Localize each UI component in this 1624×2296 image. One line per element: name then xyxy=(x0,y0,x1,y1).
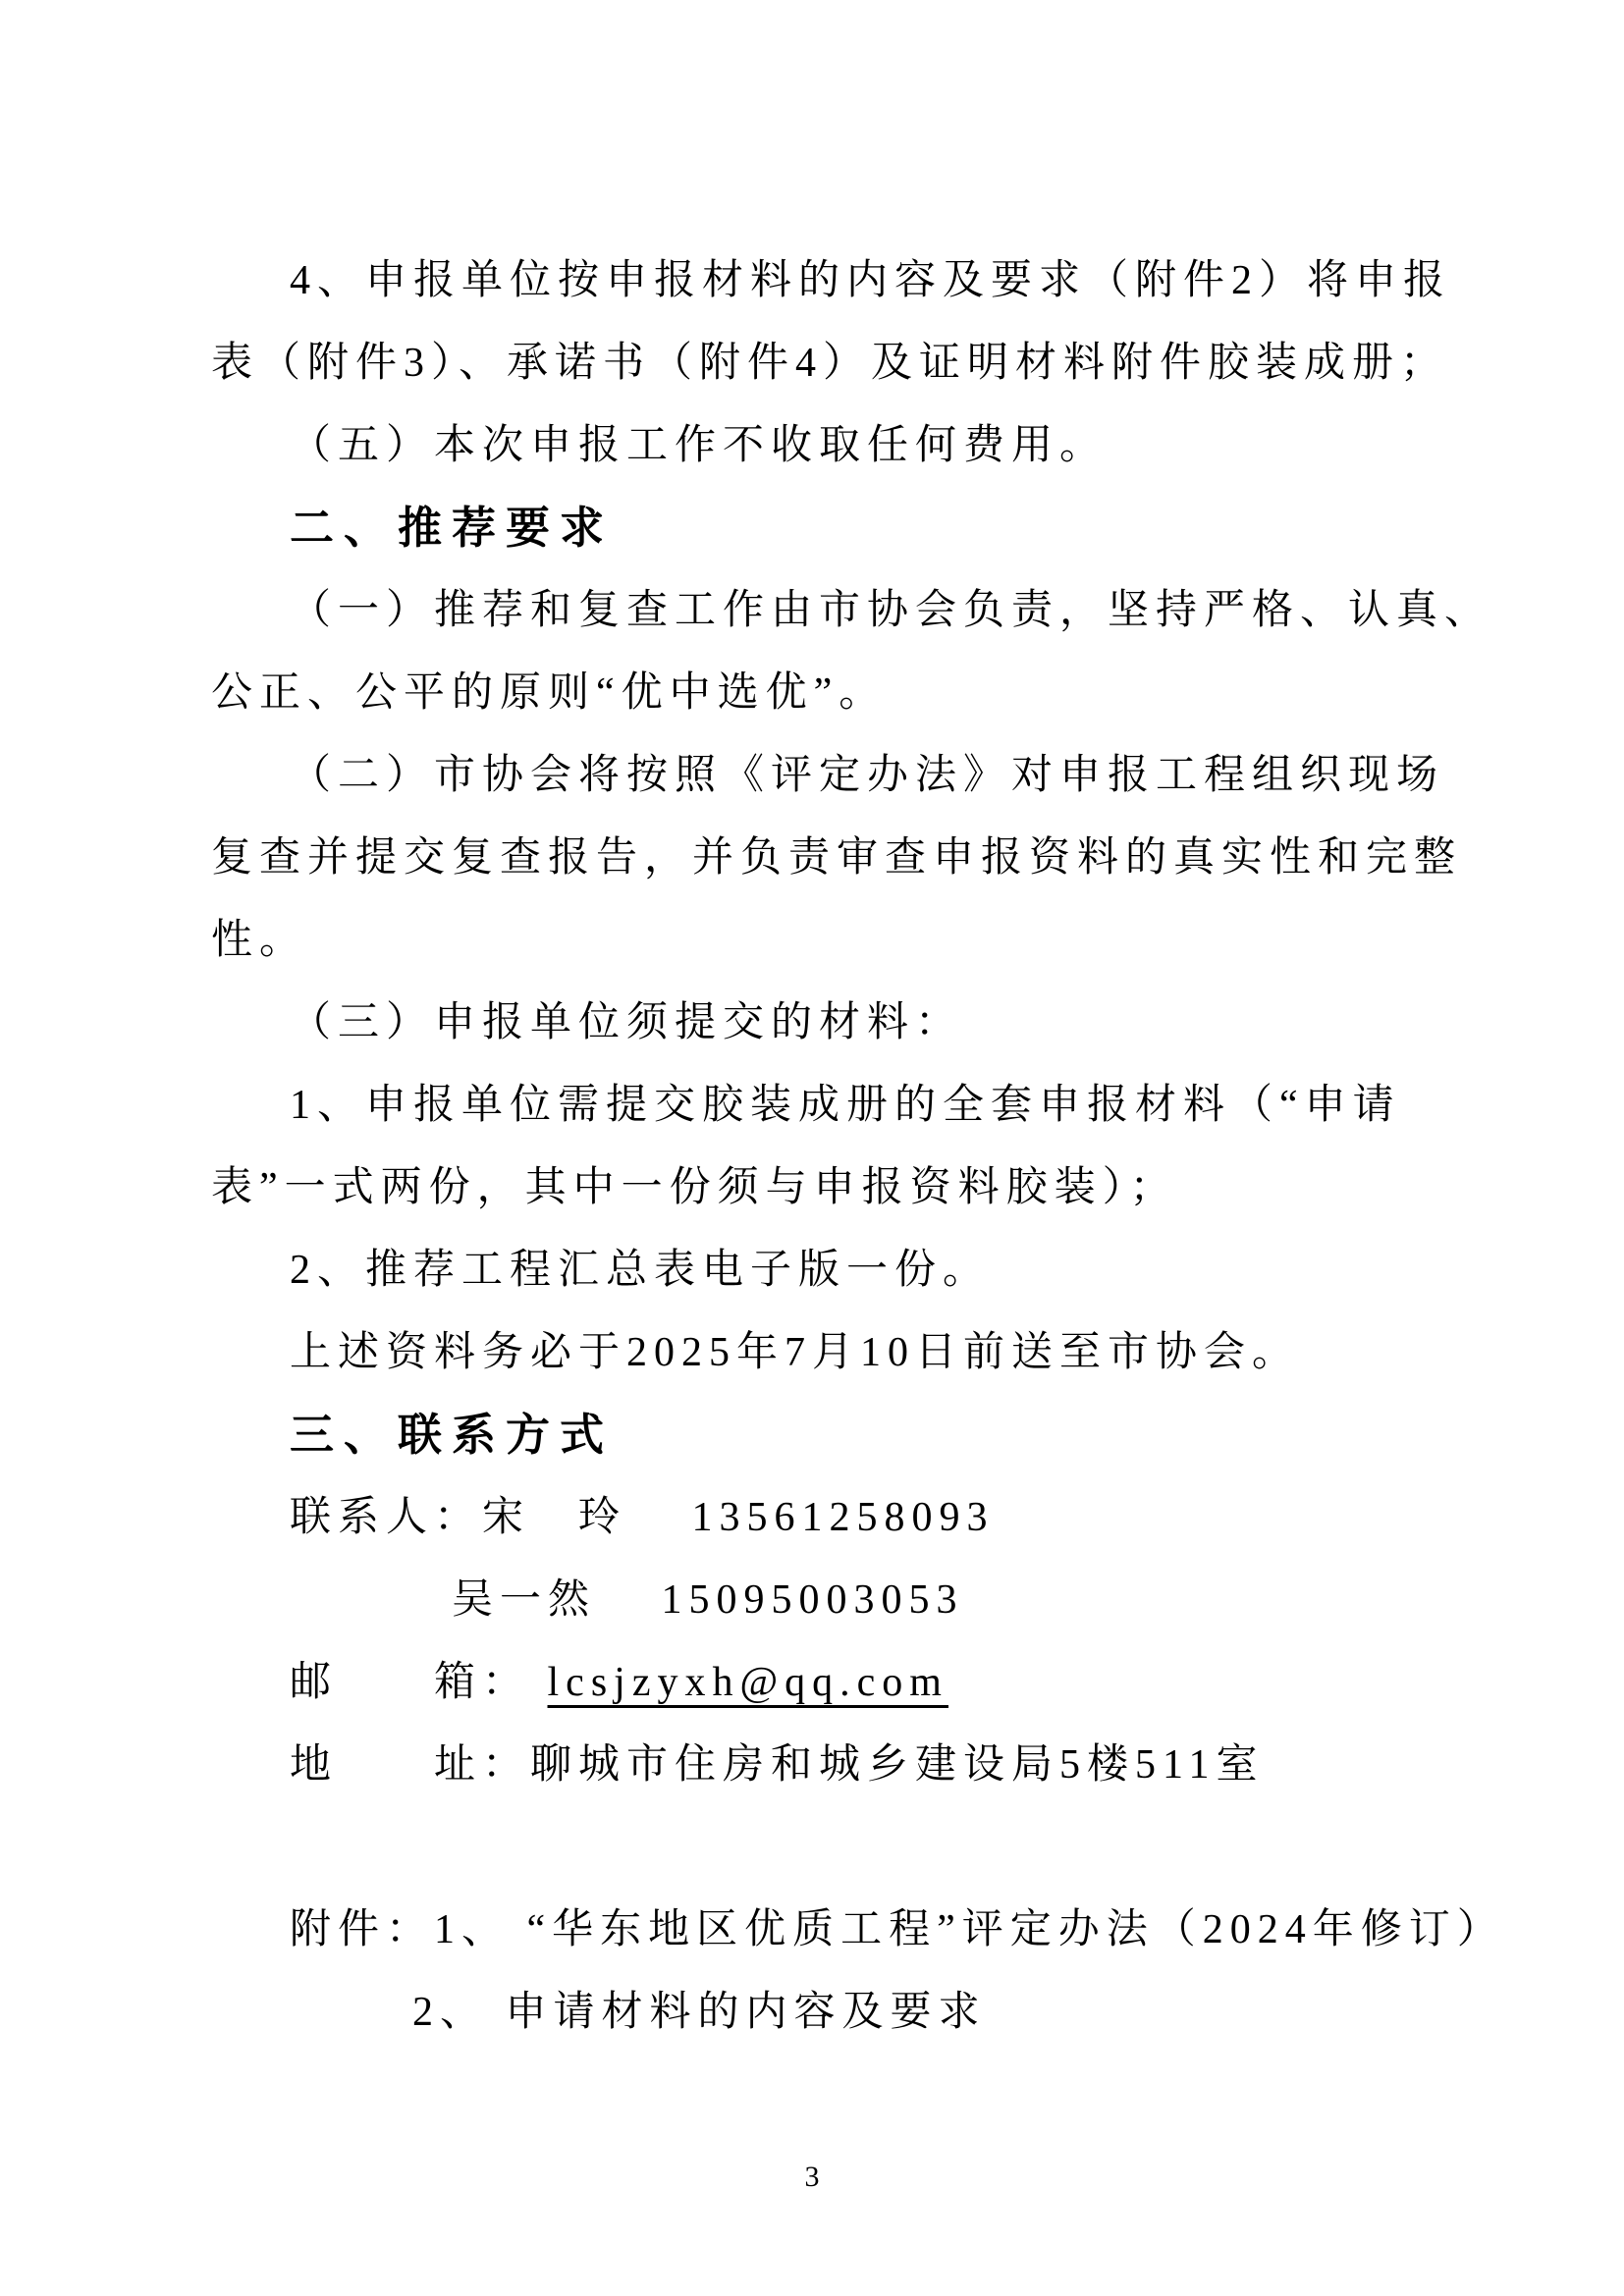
address-line: 地 址：聊城市住房和城乡建设局5楼511室 xyxy=(211,1724,1428,1806)
text-segment: （五）本次申报工作不收取任何费用。 xyxy=(290,423,1108,468)
text-segment: 上述资料务必于2025年7月10日前送至市协会。 xyxy=(290,1330,1300,1375)
text-segment: 附件：1、 “华东地区优质工程”评定办法（2024年修订） xyxy=(290,1907,1505,1952)
text-segment: 2、推荐工程汇总表电子版一份。 xyxy=(290,1248,991,1293)
text-segment: 1、申报单位需提交胶装成册的全套申报材料（“申请 xyxy=(290,1083,1401,1128)
body-line: （一）推荐和复查工作由市协会负责，坚持严格、认真、 xyxy=(211,569,1428,652)
body-line: （五）本次申报工作不收取任何费用。 xyxy=(211,404,1428,487)
body-line: 公正、公平的原则“优中选优”。 xyxy=(211,652,1428,734)
text-segment: 复查并提交复查报告，并负责审查申报资料的真实性和完整 xyxy=(211,835,1462,881)
contact-person-2: 吴一然 15095003053 xyxy=(211,1559,1428,1641)
text-segment: 表（附件3）、承诺书（附件4）及证明材料附件胶装成册； xyxy=(211,341,1448,386)
body-line: （二）市协会将按照《评定办法》对申报工程组织现场 xyxy=(211,734,1428,817)
email-address[interactable]: lcsjzyxh@qq.com xyxy=(548,1660,948,1705)
text-segment: 二、推荐要求 xyxy=(290,503,614,553)
text-segment: （一）推荐和复查工作由市协会负责，坚持严格、认真、 xyxy=(290,588,1492,633)
body-line: 上述资料务必于2025年7月10日前送至市协会。 xyxy=(211,1311,1428,1394)
text-segment: （三）申报单位须提交的材料： xyxy=(290,1000,963,1045)
body-line: 4、申报单位按申报材料的内容及要求（附件2）将申报 xyxy=(211,240,1428,322)
document-page: 4、申报单位按申报材料的内容及要求（附件2）将申报表（附件3）、承诺书（附件4）… xyxy=(0,0,1624,2296)
body-line: 表”一式两份，其中一份须与申报资料胶装）； xyxy=(211,1147,1428,1229)
text-segment: 性。 xyxy=(211,918,307,963)
body-line: 表（附件3）、承诺书（附件4）及证明材料附件胶装成册； xyxy=(211,322,1428,404)
email-line: 邮 箱： lcsjzyxh@qq.com xyxy=(211,1641,1428,1724)
page-number: 3 xyxy=(0,2158,1624,2197)
text-segment: 4、申报单位按申报材料的内容及要求（附件2）将申报 xyxy=(290,258,1451,303)
text-segment: 2、 申请材料的内容及要求 xyxy=(412,1990,987,2035)
body-line: 复查并提交复查报告，并负责审查申报资料的真实性和完整 xyxy=(211,817,1428,899)
text-segment: 邮 箱： xyxy=(290,1660,548,1705)
attachment-2: 2、 申请材料的内容及要求 xyxy=(211,1971,1428,2054)
text-segment: 表”一式两份，其中一份须与申报资料胶装）； xyxy=(211,1165,1178,1210)
blank-line xyxy=(211,1806,1428,1889)
text-segment: 地 址：聊城市住房和城乡建设局5楼511室 xyxy=(290,1742,1264,1788)
text-segment: （二）市协会将按照《评定办法》对申报工程组织现场 xyxy=(290,753,1444,798)
text-segment: 吴一然 15095003053 xyxy=(452,1577,964,1623)
text-segment: 联系人：宋 玲 13561258093 xyxy=(290,1495,995,1540)
body-line: （三）申报单位须提交的材料： xyxy=(211,982,1428,1064)
text-segment: 三、联系方式 xyxy=(290,1410,614,1460)
section-heading-3: 三、联系方式 xyxy=(211,1394,1428,1476)
body-line: 2、推荐工程汇总表电子版一份。 xyxy=(211,1229,1428,1311)
attachment-1: 附件：1、 “华东地区优质工程”评定办法（2024年修订） xyxy=(211,1889,1428,1971)
text-segment: 公正、公平的原则“优中选优”。 xyxy=(211,670,887,716)
body-line: 性。 xyxy=(211,899,1428,982)
section-heading-2: 二、推荐要求 xyxy=(211,487,1428,569)
body-line: 1、申报单位需提交胶装成册的全套申报材料（“申请 xyxy=(211,1064,1428,1147)
document-lines: 4、申报单位按申报材料的内容及要求（附件2）将申报表（附件3）、承诺书（附件4）… xyxy=(211,240,1428,2054)
contact-person-1: 联系人：宋 玲 13561258093 xyxy=(211,1476,1428,1559)
